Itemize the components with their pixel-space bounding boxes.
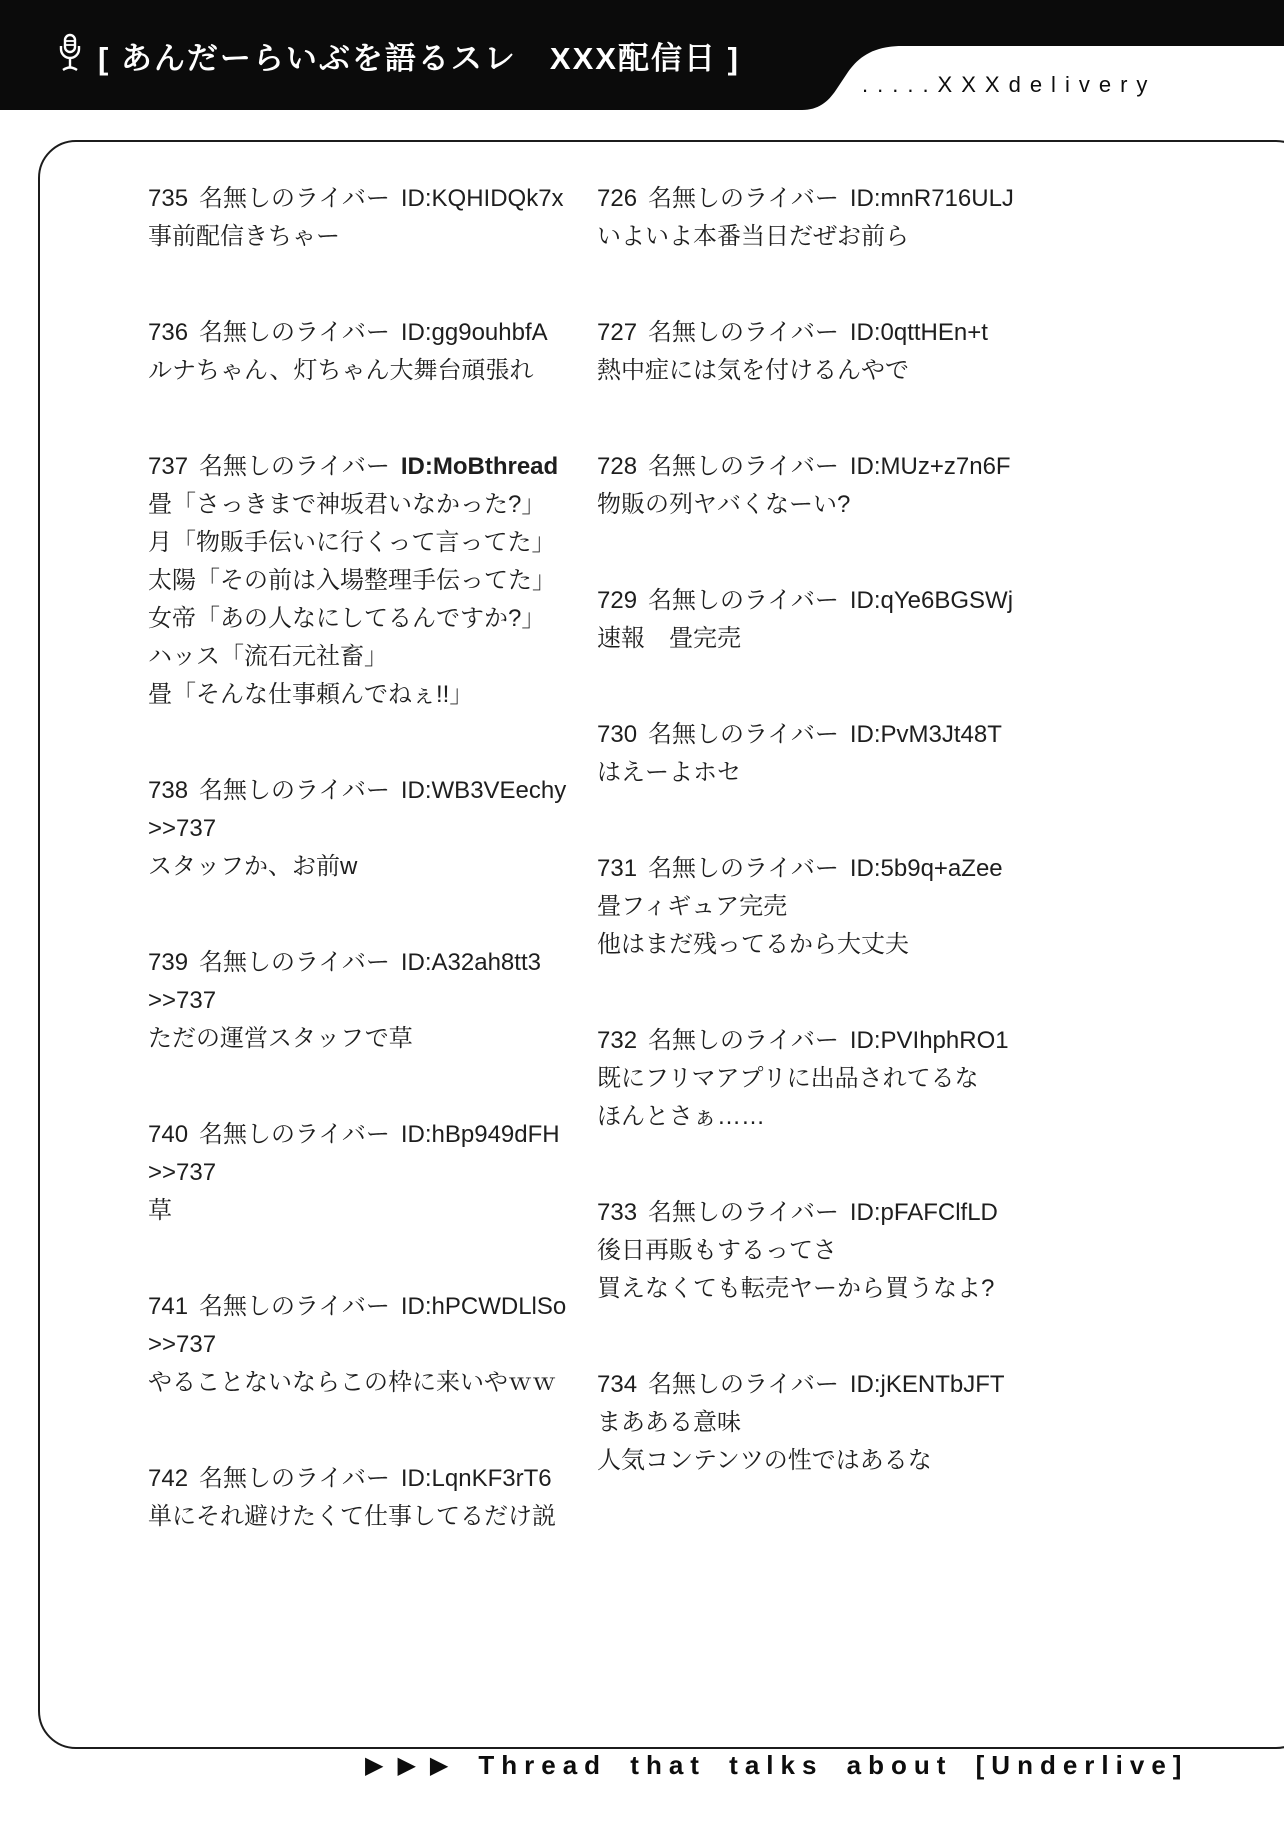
post-number: 741 <box>148 1293 188 1320</box>
post-number: 735 <box>148 185 188 212</box>
post-header: 731名無しのライバーID:5b9q+aZee <box>597 850 1157 888</box>
poster-name: 名無しのライバー <box>648 185 839 212</box>
post-header: 728名無しのライバーID:MUz+z7n6F <box>597 448 1157 486</box>
thread-post-730: 730名無しのライバーID:PvM3Jt48T はえーよホセ <box>597 716 1157 792</box>
play-arrows-icon: ▶▶▶ <box>365 1751 462 1780</box>
bbs-thread-page: [ あんだーらいぶを語るスレ XXX配信日 ] .....XXXdelivery… <box>0 0 1284 1826</box>
thread-post-740: 740名無しのライバーID:hBp949dFH >>737 草 <box>148 1116 588 1230</box>
post-body-line: 既にフリマアプリに出品されてるな <box>597 1060 1157 1098</box>
poster-id: ID:jKENTbJFT <box>850 1371 1005 1398</box>
post-body-line: スタッフか、お前w <box>148 848 588 886</box>
post-body-line: 単にそれ避けたくて仕事してるだけ説 <box>148 1498 588 1536</box>
post-header: 729名無しのライバーID:qYe6BGSWj <box>597 582 1157 620</box>
post-body-line: ルナちゃん、灯ちゃん大舞台頑張れ <box>148 352 588 390</box>
thread-post-727: 727名無しのライバーID:0qttHEn+t 熱中症には気を付けるんやで <box>597 314 1157 390</box>
page-footer: ▶▶▶ Thread that talks about [Underlive] <box>365 1750 1188 1781</box>
poster-name: 名無しのライバー <box>199 319 390 346</box>
post-header: 742名無しのライバーID:LqnKF3rT6 <box>148 1460 588 1498</box>
post-number: 730 <box>597 721 637 748</box>
poster-id: ID:MUz+z7n6F <box>850 453 1011 480</box>
post-number: 734 <box>597 1371 637 1398</box>
poster-name: 名無しのライバー <box>648 453 839 480</box>
post-body-line: いよいよ本番当日だぜお前ら <box>597 218 1157 256</box>
post-body-line: 事前配信きちゃー <box>148 218 588 256</box>
post-body-line: はえーよホセ <box>597 754 1157 792</box>
poster-id: ID:gg9ouhbfA <box>401 319 548 346</box>
poster-name: 名無しのライバー <box>199 1293 390 1320</box>
thread-post-737: 737名無しのライバーID:MoBthread 畳「さっきまで神坂君いなかった?… <box>148 448 588 714</box>
post-header: 730名無しのライバーID:PvM3Jt48T <box>597 716 1157 754</box>
post-body-line: 畳「さっきまで神坂君いなかった?」 <box>148 486 588 524</box>
post-body-line: ほんとさぁ…… <box>597 1098 1157 1136</box>
thread-post-736: 736名無しのライバーID:gg9ouhbfA ルナちゃん、灯ちゃん大舞台頑張れ <box>148 314 588 390</box>
post-body-line: 月「物販手伝いに行くって言ってた」 <box>148 524 588 562</box>
post-header: 735名無しのライバーID:KQHIDQk7x <box>148 180 588 218</box>
poster-id: ID:PVIhphRO1 <box>850 1027 1009 1054</box>
thread-post-741: 741名無しのライバーID:hPCWDLlSo >>737 やることないならこの… <box>148 1288 588 1402</box>
thread-post-733: 733名無しのライバーID:pFAFClfLD 後日再販もするってさ 買えなくて… <box>597 1194 1157 1308</box>
post-header: 737名無しのライバーID:MoBthread <box>148 448 588 486</box>
poster-name: 名無しのライバー <box>648 587 839 614</box>
poster-name: 名無しのライバー <box>648 855 839 882</box>
post-header: 739名無しのライバーID:A32ah8tt3 <box>148 944 588 982</box>
post-body-line: 他はまだ残ってるから大丈夫 <box>597 926 1157 964</box>
post-body-line: 人気コンテンツの性ではあるな <box>597 1442 1157 1480</box>
post-header: 736名無しのライバーID:gg9ouhbfA <box>148 314 588 352</box>
footer-label: Thread that talks about [Underlive] <box>478 1750 1188 1781</box>
thread-post-742: 742名無しのライバーID:LqnKF3rT6 単にそれ避けたくて仕事してるだけ… <box>148 1460 588 1536</box>
poster-name: 名無しのライバー <box>199 1465 390 1492</box>
post-number: 737 <box>148 453 188 480</box>
post-header: 733名無しのライバーID:pFAFClfLD <box>597 1194 1157 1232</box>
poster-id: ID:LqnKF3rT6 <box>401 1465 552 1492</box>
post-header: 726名無しのライバーID:mnR716ULJ <box>597 180 1157 218</box>
post-header: 734名無しのライバーID:jKENTbJFT <box>597 1366 1157 1404</box>
post-body-line: 畳フィギュア完売 <box>597 888 1157 926</box>
poster-name: 名無しのライバー <box>199 453 390 480</box>
poster-name: 名無しのライバー <box>648 1199 839 1226</box>
delivery-label: .....XXXdelivery <box>862 72 1156 98</box>
thread-post-738: 738名無しのライバーID:WB3VEechy >>737 スタッフか、お前w <box>148 772 588 886</box>
post-body-line: まあある意味 <box>597 1404 1157 1442</box>
post-number: 731 <box>597 855 637 882</box>
poster-id: ID:WB3VEechy <box>401 777 566 804</box>
post-number: 732 <box>597 1027 637 1054</box>
thread-column-right: 726名無しのライバーID:mnR716ULJ いよいよ本番当日だぜお前ら 72… <box>597 180 1157 1538</box>
poster-id: ID:PvM3Jt48T <box>850 721 1002 748</box>
poster-id: ID:0qttHEn+t <box>850 319 988 346</box>
poster-id: ID:pFAFClfLD <box>850 1199 998 1226</box>
post-number: 736 <box>148 319 188 346</box>
reply-anchor: >>737 <box>148 982 588 1020</box>
post-number: 740 <box>148 1121 188 1148</box>
post-header: 741名無しのライバーID:hPCWDLlSo <box>148 1288 588 1326</box>
post-body-line: 物販の列ヤバくなーい? <box>597 486 1157 524</box>
post-body-line: 後日再販もするってさ <box>597 1232 1157 1270</box>
post-number: 739 <box>148 949 188 976</box>
poster-name: 名無しのライバー <box>648 1027 839 1054</box>
thread-post-739: 739名無しのライバーID:A32ah8tt3 >>737 ただの運営スタッフで… <box>148 944 588 1058</box>
post-number: 742 <box>148 1465 188 1492</box>
post-number: 729 <box>597 587 637 614</box>
poster-id: ID:hPCWDLlSo <box>401 1293 566 1320</box>
post-body-line: 畳「そんな仕事頼んでねぇ!!」 <box>148 676 588 714</box>
poster-name: 名無しのライバー <box>199 185 390 212</box>
header-title-row: [ あんだーらいぶを語るスレ XXX配信日 ] <box>56 0 740 110</box>
poster-name: 名無しのライバー <box>648 319 839 346</box>
post-body-line: 速報 畳完売 <box>597 620 1157 658</box>
post-body-line: やることないならこの枠に来いやｗｗ <box>148 1364 588 1402</box>
post-header: 732名無しのライバーID:PVIhphRO1 <box>597 1022 1157 1060</box>
poster-id: ID:KQHIDQk7x <box>401 185 564 212</box>
poster-id: ID:A32ah8tt3 <box>401 949 541 976</box>
poster-id: ID:MoBthread <box>401 453 558 480</box>
post-header: 727名無しのライバーID:0qttHEn+t <box>597 314 1157 352</box>
post-body-line: ハッス「流石元社畜」 <box>148 638 588 676</box>
poster-name: 名無しのライバー <box>199 777 390 804</box>
thread-column-left: 735名無しのライバーID:KQHIDQk7x 事前配信きちゃー 736名無しの… <box>148 180 588 1594</box>
post-header: 738名無しのライバーID:WB3VEechy <box>148 772 588 810</box>
post-header: 740名無しのライバーID:hBp949dFH <box>148 1116 588 1154</box>
thread-post-729: 729名無しのライバーID:qYe6BGSWj 速報 畳完売 <box>597 582 1157 658</box>
poster-id: ID:qYe6BGSWj <box>850 587 1013 614</box>
thread-post-728: 728名無しのライバーID:MUz+z7n6F 物販の列ヤバくなーい? <box>597 448 1157 524</box>
post-number: 728 <box>597 453 637 480</box>
poster-id: ID:mnR716ULJ <box>850 185 1014 212</box>
post-body-line: 女帝「あの人なにしてるんですか?」 <box>148 600 588 638</box>
poster-name: 名無しのライバー <box>199 949 390 976</box>
post-body-line: ただの運営スタッフで草 <box>148 1020 588 1058</box>
post-body-line: 太陽「その前は入場整理手伝ってた」 <box>148 562 588 600</box>
poster-name: 名無しのライバー <box>648 721 839 748</box>
reply-anchor: >>737 <box>148 810 588 848</box>
post-number: 738 <box>148 777 188 804</box>
reply-anchor: >>737 <box>148 1326 588 1364</box>
thread-post-735: 735名無しのライバーID:KQHIDQk7x 事前配信きちゃー <box>148 180 588 256</box>
microphone-icon <box>56 32 84 78</box>
post-body-line: 草 <box>148 1192 588 1230</box>
poster-id: ID:hBp949dFH <box>401 1121 560 1148</box>
poster-id: ID:5b9q+aZee <box>850 855 1003 882</box>
poster-name: 名無しのライバー <box>199 1121 390 1148</box>
post-body-line: 買えなくても転売ヤーから買うなよ? <box>597 1270 1157 1308</box>
post-number: 727 <box>597 319 637 346</box>
page-title: [ あんだーらいぶを語るスレ XXX配信日 ] <box>98 33 740 78</box>
reply-anchor: >>737 <box>148 1154 588 1192</box>
post-number: 726 <box>597 185 637 212</box>
post-body-line: 熱中症には気を付けるんやで <box>597 352 1157 390</box>
thread-post-726: 726名無しのライバーID:mnR716ULJ いよいよ本番当日だぜお前ら <box>597 180 1157 256</box>
poster-name: 名無しのライバー <box>648 1371 839 1398</box>
post-number: 733 <box>597 1199 637 1226</box>
thread-post-732: 732名無しのライバーID:PVIhphRO1 既にフリマアプリに出品されてるな… <box>597 1022 1157 1136</box>
thread-post-734: 734名無しのライバーID:jKENTbJFT まあある意味 人気コンテンツの性… <box>597 1366 1157 1480</box>
thread-post-731: 731名無しのライバーID:5b9q+aZee 畳フィギュア完売 他はまだ残って… <box>597 850 1157 964</box>
